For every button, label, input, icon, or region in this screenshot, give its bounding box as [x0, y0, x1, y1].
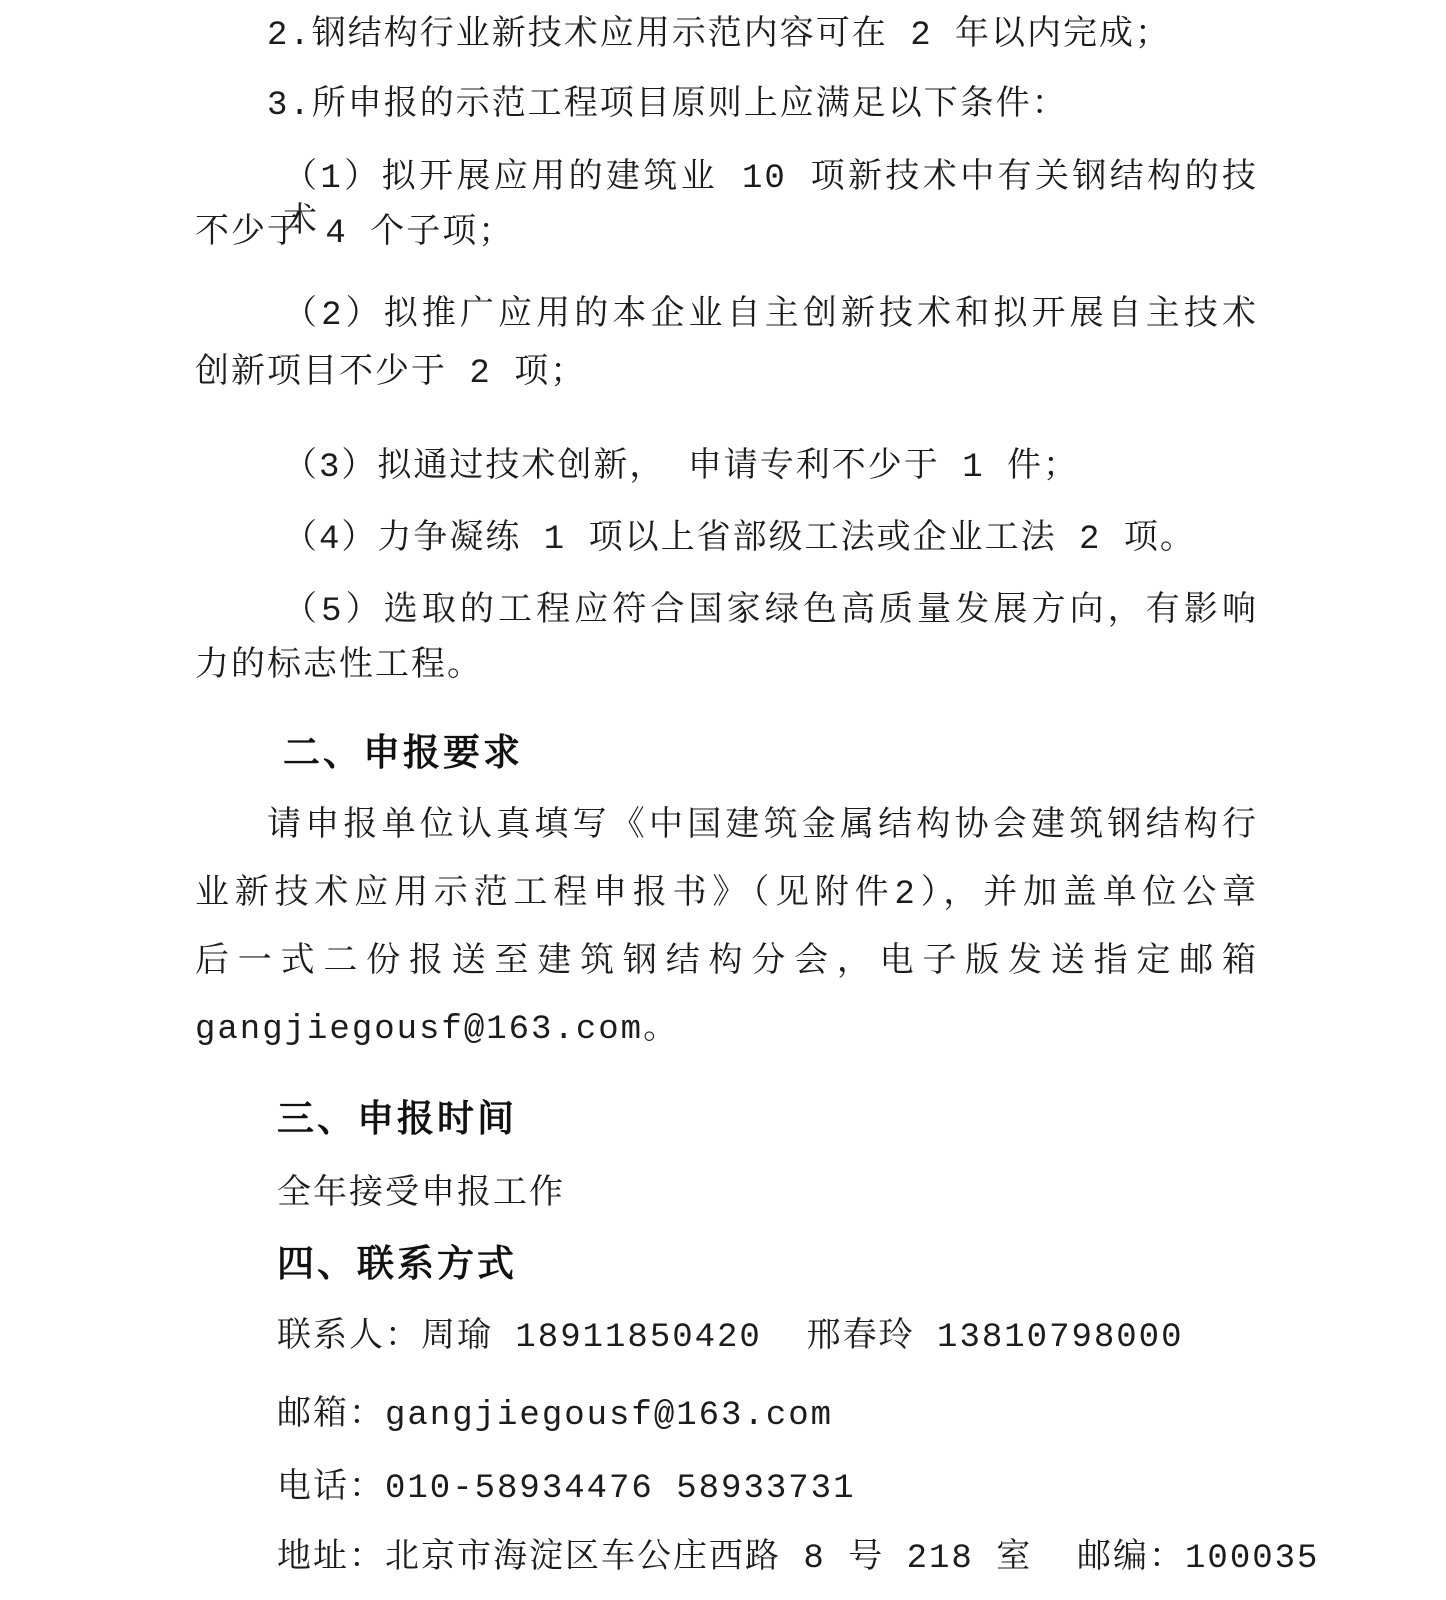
contact-address-line: 地址：北京市海淀区车公庄西路 8 号 218 室 邮编：100035	[195, 1537, 1258, 1581]
condition-5-line-1: （5）选取的工程应符合国家绿色高质量发展方向，有影响	[195, 590, 1258, 634]
contact-person-line: 联系人：周瑜 18911850420 邢春玲 13810798000	[195, 1316, 1258, 1360]
application-para-line-3: 后一式二份报送至建筑钢结构分会，电子版发送指定邮箱	[195, 941, 1258, 985]
document-page: 2.钢结构行业新技术应用示范内容可在 2 年以内完成； 3.所申报的示范工程项目…	[0, 0, 1446, 1600]
condition-3-line: （3）拟通过技术创新， 申请专利不少于 1 件；	[195, 446, 1258, 490]
application-time-line: 全年接受申报工作	[195, 1173, 1258, 1217]
condition-2-line-1: （2）拟推广应用的本企业自主创新技术和拟开展自主技术	[195, 294, 1258, 338]
application-para-line-2: 业新技术应用示范工程申报书》（见附件2），并加盖单位公章	[195, 873, 1258, 917]
condition-4-line: （4）力争凝练 1 项以上省部级工法或企业工法 2 项。	[195, 518, 1258, 562]
section-2-heading: 二、申报要求	[195, 731, 1258, 775]
item-2-line: 2.钢结构行业新技术应用示范内容可在 2 年以内完成；	[195, 14, 1258, 58]
section-3-heading: 三、申报时间	[195, 1097, 1258, 1141]
contact-email-line: 邮箱：gangjiegousf@163.com	[195, 1394, 1258, 1438]
section-4-heading: 四、联系方式	[195, 1242, 1258, 1286]
contact-phone-line: 电话：010-58934476 58933731	[195, 1467, 1258, 1511]
condition-2-line-2: 创新项目不少于 2 项；	[195, 352, 1258, 396]
application-para-line-1: 请申报单位认真填写《中国建筑金属结构协会建筑钢结构行	[195, 805, 1258, 849]
condition-1-line-2: 不少于 4 个子项；	[195, 212, 1258, 256]
condition-5-line-2: 力的标志性工程。	[195, 645, 1258, 689]
item-3-line: 3.所申报的示范工程项目原则上应满足以下条件：	[195, 84, 1258, 128]
application-email-line: gangjiegousf@163.com。	[195, 1008, 1258, 1052]
